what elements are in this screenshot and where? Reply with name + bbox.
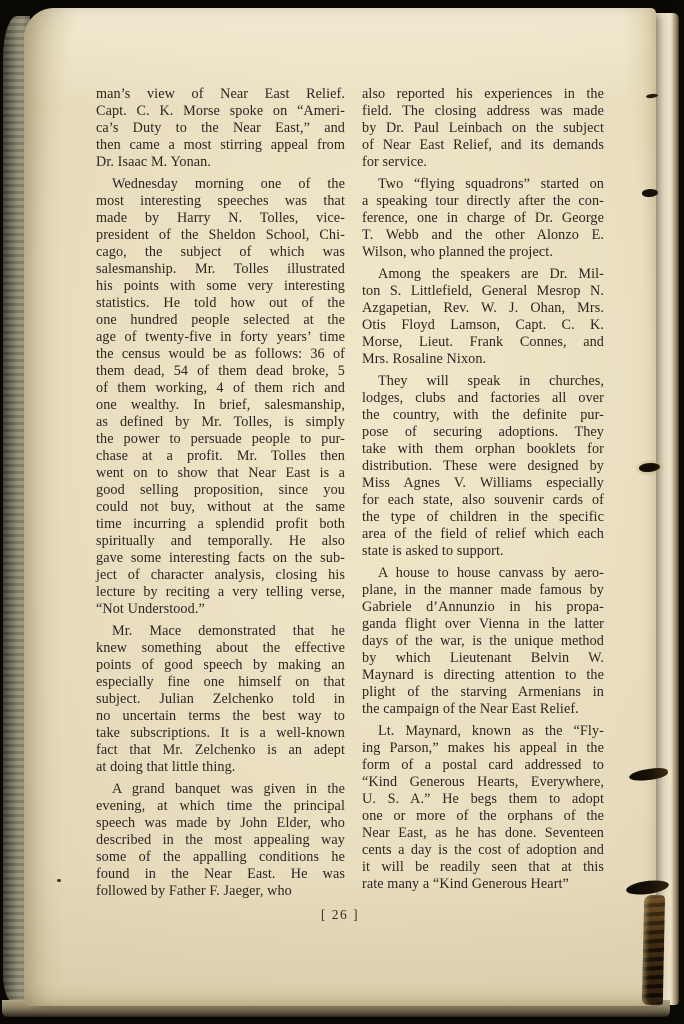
paragraph: Wednesday morning one of themost interes… (96, 176, 345, 618)
left-text-column: man’s view of Near East Relief.Capt. C. … (96, 86, 345, 900)
text-line: by which Lieutenant Belvin W. (362, 650, 604, 667)
text-line: take subscriptions. It is a well-known (96, 725, 345, 742)
text-line: form of a postal card addressed to (362, 757, 604, 774)
paragraph: also reported his experiences in thefiel… (362, 86, 604, 171)
text-line: went on to show that Near East is a (96, 465, 345, 482)
text-line: his points with some very interesting (96, 278, 345, 295)
text-line: cago, the subject of which was (96, 244, 345, 261)
text-line: U. S. A.” He begs them to adopt (362, 791, 604, 808)
text-line: the campaign of the Near East Relief. (362, 701, 604, 718)
text-line: man’s view of Near East Relief. (96, 86, 345, 103)
text-line: president of the Sheldon School, Chi- (96, 227, 345, 244)
text-line: made by Harry N. Tolles, vice- (96, 210, 345, 227)
under-page-edge (652, 13, 679, 1005)
text-line: the type of children in the specific (362, 509, 604, 526)
paragraph: A grand banquet was given in theevening,… (96, 781, 345, 900)
text-line: especially fine one himself on that (96, 674, 345, 691)
text-line: lecture by reciting a very telling verse… (96, 584, 345, 601)
text-line: spiritually and temporally. He also (96, 533, 345, 550)
text-line: subject. Julian Zelchenko told in (96, 691, 345, 708)
text-line: of them working, 4 of them rich and (96, 380, 345, 397)
text-line: ganda flight over Vienna in the latter (362, 616, 604, 633)
text-line: take with them orphan booklets for (362, 441, 604, 458)
text-line: the census would be as follows: 36 of (96, 346, 345, 363)
text-line: They will speak in churches, (362, 373, 604, 390)
text-line: distribution. These were designed by (362, 458, 604, 475)
text-line: one or more of the orphans of the (362, 808, 604, 825)
text-line: Mrs. Rosaline Nixon. (362, 351, 604, 368)
torn-edge-streak (642, 895, 665, 1005)
text-line: it will be readily seen that at this (362, 859, 604, 876)
text-line: Otis Floyd Lamson, Capt. C. K. (362, 317, 604, 334)
text-line: found in the Near East. He was (96, 866, 345, 883)
text-line: points of good speech by making an (96, 657, 345, 674)
text-line: some of the appalling conditions he (96, 849, 345, 866)
text-line: described in the most appealing way (96, 832, 345, 849)
text-line: Among the speakers are Dr. Mil- (362, 266, 604, 283)
text-line: at doing that little thing. (96, 759, 345, 776)
text-line: time incurring a splendid profit both (96, 516, 345, 533)
text-line: of Near East Relief, and its demands (362, 137, 604, 154)
text-line: “Kind Generous Hearts, Everywhere, (362, 774, 604, 791)
text-line: also reported his experiences in the (362, 86, 604, 103)
text-line: ject of character analysis, closing his (96, 567, 345, 584)
text-line: knew something about the effective (96, 640, 345, 657)
text-line: Wilson, who planned the project. (362, 244, 604, 261)
text-line: good selling proposition, since you (96, 482, 345, 499)
text-line: for each state, also souvenir cards of (362, 492, 604, 509)
text-line: cents a day is the cost of adoption and (362, 842, 604, 859)
text-line: by Dr. Paul Leinbach on the subject (362, 120, 604, 137)
text-line: the power to persuade people to pur- (96, 431, 345, 448)
text-line: rate many a “Kind Generous Heart” (362, 876, 604, 893)
text-line: Maynard is directing attention to the (362, 667, 604, 684)
text-line: as defined by Mr. Tolles, is simply (96, 414, 345, 431)
text-line: them dead, 54 of them dead broke, 5 (96, 363, 345, 380)
text-line: days of the war, is the unique method (362, 633, 604, 650)
text-line: salesmanship. Mr. Tolles illustrated (96, 261, 345, 278)
text-line: chase at a profit. Mr. Tolles then (96, 448, 345, 465)
text-line: ca’s Duty to the Near East,” and (96, 120, 345, 137)
text-line: no uncertain terms the best way to (96, 708, 345, 725)
ink-speck (57, 879, 61, 882)
text-line: ference, one in charge of Dr. George (362, 210, 604, 227)
text-line: state is asked to support. (362, 543, 604, 560)
text-line: then came a most stirring appeal from (96, 137, 345, 154)
text-line: ton S. Littlefield, General Mesrop N. (362, 283, 604, 300)
text-line: fact that Mr. Zelchenko is an adept (96, 742, 345, 759)
text-line: A house to house canvass by aero- (362, 565, 604, 582)
paragraph: Mr. Mace demonstrated that heknew someth… (96, 623, 345, 776)
paragraph: man’s view of Near East Relief.Capt. C. … (96, 86, 345, 171)
text-line: Two “flying squadrons” started on (362, 176, 604, 193)
text-line: age of twenty-five in forty years’ time (96, 329, 345, 346)
right-text-column: also reported his experiences in thefiel… (362, 86, 604, 893)
text-line: one wealthy. In brief, salesmanship, (96, 397, 345, 414)
text-line: gave some interesting facts on the sub- (96, 550, 345, 567)
text-line: Gabriele d’Annunzio in his propa- (362, 599, 604, 616)
text-line: Mr. Mace demonstrated that he (96, 623, 345, 640)
text-line: the country, with the definite pur- (362, 407, 604, 424)
text-line: T. Webb and the other Alonzo E. (362, 227, 604, 244)
paragraph: Lt. Maynard, known as the “Fly-ing Parso… (362, 723, 604, 893)
paragraph: Two “flying squadrons” started ona speak… (362, 176, 604, 261)
text-line: plight of the starving Armenians in (362, 684, 604, 701)
text-line: A grand banquet was given in the (96, 781, 345, 798)
text-line: area of the field of relief which each (362, 526, 604, 543)
text-line: Dr. Isaac M. Yonan. (96, 154, 345, 171)
page-number: [ 26 ] (24, 907, 656, 923)
text-line: a speaking tour directly after the con- (362, 193, 604, 210)
book-page: man’s view of Near East Relief.Capt. C. … (24, 8, 656, 1006)
text-line: field. The closing address was made (362, 103, 604, 120)
text-line: Azgapetian, Rev. W. J. Ohan, Mrs. (362, 300, 604, 317)
text-line: one hundred people selected at the (96, 312, 345, 329)
text-line: for service. (362, 154, 604, 171)
text-line: Lt. Maynard, known as the “Fly- (362, 723, 604, 740)
text-line: Wednesday morning one of the (96, 176, 345, 193)
paragraph: A house to house canvass by aero-plane, … (362, 565, 604, 718)
text-line: speech was made by John Elder, who (96, 815, 345, 832)
text-line: evening, at which time the principal (96, 798, 345, 815)
text-line: could not buy, without at the same (96, 499, 345, 516)
text-line: Miss Agnes V. Williams especially (362, 475, 604, 492)
text-line: followed by Father F. Jaeger, who (96, 883, 345, 900)
text-line: lodges, clubs and factories all over (362, 390, 604, 407)
scanned-book-photo: man’s view of Near East Relief.Capt. C. … (0, 0, 684, 1024)
text-line: plane, in the manner made famous by (362, 582, 604, 599)
text-line: ing Parson,” makes his appeal in the (362, 740, 604, 757)
paragraph: Among the speakers are Dr. Mil-ton S. Li… (362, 266, 604, 368)
text-line: statistics. He told how out of the (96, 295, 345, 312)
text-line: Morse, Lieut. Frank Connes, and (362, 334, 604, 351)
text-line: Near East, as he has done. Seventeen (362, 825, 604, 842)
paragraph: They will speak in churches,lodges, club… (362, 373, 604, 560)
text-line: “Not Understood.” (96, 601, 345, 618)
text-line: pose of securing adoptions. They (362, 424, 604, 441)
text-line: most interesting speeches was that (96, 193, 345, 210)
text-line: Capt. C. K. Morse spoke on “Ameri- (96, 103, 345, 120)
